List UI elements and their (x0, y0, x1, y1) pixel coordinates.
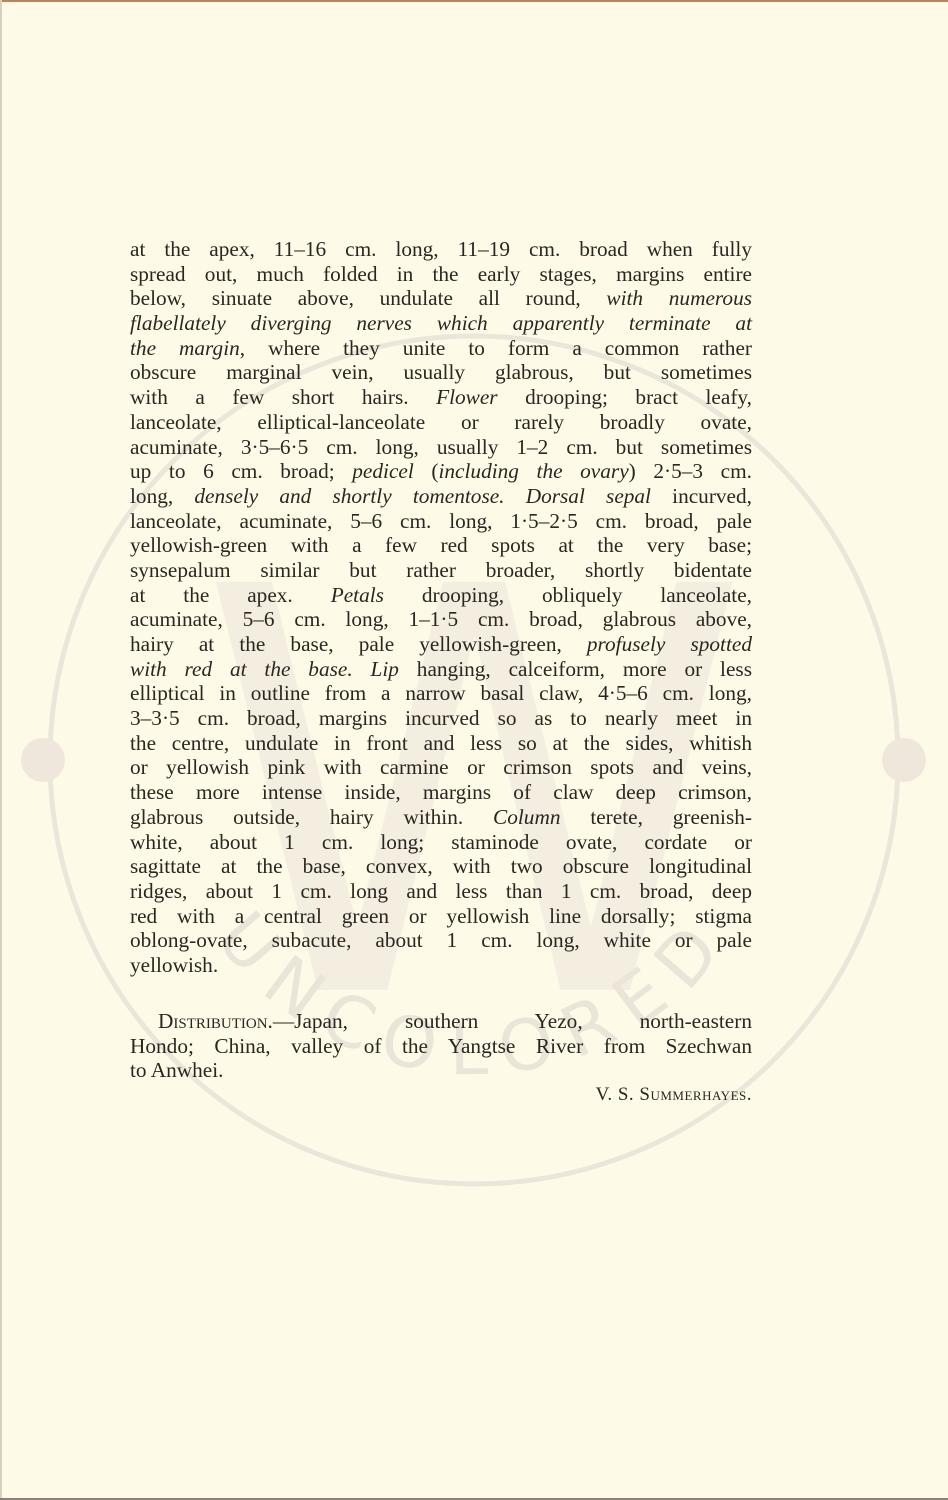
distribution-line: Hondo; China, valley of the Yangtse Rive… (130, 1034, 752, 1059)
description-line: white, about 1 cm. long; staminode ovate… (130, 830, 752, 855)
description-line: at the apex, 11–16 cm. long, 11–19 cm. b… (130, 237, 752, 262)
text-run: at the apex. (130, 583, 331, 607)
description-line: these more intense inside, margins of cl… (130, 780, 752, 805)
text-run: ( (414, 459, 439, 483)
description-line: lanceolate, acuminate, 5–6 cm. long, 1·5… (130, 509, 752, 534)
description-line: at the apex. Petals drooping, obliquely … (130, 583, 752, 608)
description-line: lanceolate, elliptical-lanceolate or rar… (130, 410, 752, 435)
watermark-dot-left (21, 738, 65, 782)
page-edge-top (0, 0, 948, 2)
italic-term: Column (493, 805, 560, 829)
description-line: obscure marginal vein, usually glabrous,… (130, 360, 752, 385)
description-line: or yellowish pink with carmine or crimso… (130, 755, 752, 780)
text-run: spread out, much folded in the early sta… (130, 262, 752, 286)
description-line: the centre, undulate in front and less s… (130, 731, 752, 756)
description-line: with red at the base. Lip hanging, calce… (130, 657, 752, 682)
text-run: synsepalum similar but rather broader, s… (130, 558, 752, 582)
text-run: ) 2·5–3 cm. (629, 459, 752, 483)
text-run: , where they unite to form a common rath… (240, 336, 752, 360)
description-line: glabrous outside, hairy within. Column t… (130, 805, 752, 830)
description-line: hairy at the base, pale yellowish-green,… (130, 632, 752, 657)
text-run: hanging, calceiform, more or less (399, 657, 752, 681)
text-run: long, (130, 484, 194, 508)
distribution-heading: Distribution. (158, 1009, 273, 1033)
description-line: with a few short hairs. Flower drooping;… (130, 385, 752, 410)
description-line: acuminate, 3·5–6·5 cm. long, usually 1–2… (130, 435, 752, 460)
description-line: below, sinuate above, undulate all round… (130, 286, 752, 311)
italic-term: with numerous (606, 286, 752, 310)
text-run: sagittate at the base, convex, with two … (130, 854, 752, 878)
text-run: incurved, (651, 484, 752, 508)
description-line: red with a central green or yellowish li… (130, 904, 752, 929)
description-line: up to 6 cm. broad; pedicel (including th… (130, 459, 752, 484)
text-run: these more intense inside, margins of cl… (130, 780, 752, 804)
description-line: the margin, where they unite to form a c… (130, 336, 752, 361)
description-line: synsepalum similar but rather broader, s… (130, 558, 752, 583)
text-run: lanceolate, acuminate, 5–6 cm. long, 1·5… (130, 509, 752, 533)
watermark-dot-right (882, 738, 926, 782)
italic-term: densely and shortly tomentose. (194, 484, 504, 508)
text-run: obscure marginal vein, usually glabrous,… (130, 360, 752, 384)
italic-term: pedicel (352, 459, 414, 483)
text-run: acuminate, 3·5–6·5 cm. long, usually 1–2… (130, 435, 752, 459)
italic-term: Flower (436, 385, 498, 409)
description-line: 3–3·5 cm. broad, margins incurved so as … (130, 706, 752, 731)
italic-term: Petals (331, 583, 384, 607)
italic-term: the margin (130, 336, 240, 360)
text-run: yellowish. (130, 953, 218, 977)
text-run: yellowish-green with a few red spots at … (130, 533, 752, 557)
text-run: ridges, about 1 cm. long and less than 1… (130, 879, 752, 903)
distribution-line: Distribution.—Japan, southern Yezo, nort… (130, 1009, 752, 1034)
text-run (353, 657, 371, 681)
text-run: red with a central green or yellowish li… (130, 904, 752, 928)
description-line: long, densely and shortly tomentose. Dor… (130, 484, 752, 509)
text-run: up to 6 cm. broad; (130, 459, 352, 483)
description-line: oblong-ovate, subacute, about 1 cm. long… (130, 928, 752, 953)
italic-term: flabellately diverging nerves which appa… (130, 311, 752, 335)
distribution-paragraph: Distribution.—Japan, southern Yezo, nort… (130, 1009, 752, 1083)
text-run: oblong-ovate, subacute, about 1 cm. long… (130, 928, 752, 952)
description-line: elliptical in outline from a narrow basa… (130, 681, 752, 706)
italic-term: Dorsal sepal (526, 484, 651, 508)
description-line: flabellately diverging nerves which appa… (130, 311, 752, 336)
text-run: or yellowish pink with carmine or crimso… (130, 755, 752, 779)
text-run: acuminate, 5–6 cm. long, 1–1·5 cm. broad… (130, 607, 752, 631)
italic-term: Lip (371, 657, 399, 681)
distribution-text: —Japan, southern Yezo, north-eastern (273, 1009, 752, 1033)
distribution-line: to Anwhei. (130, 1058, 752, 1083)
text-run: drooping; bract leafy, (498, 385, 752, 409)
text-run (505, 484, 526, 508)
text-run: the centre, undulate in front and less s… (130, 731, 752, 755)
italic-term: with red at the base. (130, 657, 353, 681)
description-line: yellowish. (130, 953, 752, 978)
text-run: terete, greenish- (560, 805, 752, 829)
text-run: white, about 1 cm. long; staminode ovate… (130, 830, 752, 854)
text-run: 3–3·5 cm. broad, margins incurved so as … (130, 706, 752, 730)
italic-term: profusely spotted (587, 632, 752, 656)
text-run: glabrous outside, hairy within. (130, 805, 493, 829)
text-run: elliptical in outline from a narrow basa… (130, 681, 752, 705)
text-run: below, sinuate above, undulate all round… (130, 286, 606, 310)
text-run: with a few short hairs. (130, 385, 436, 409)
description-line: sagittate at the base, convex, with two … (130, 854, 752, 879)
description-line: yellowish-green with a few red spots at … (130, 533, 752, 558)
text-run: lanceolate, elliptical-lanceolate or rar… (130, 410, 752, 434)
description-line: acuminate, 5–6 cm. long, 1–1·5 cm. broad… (130, 607, 752, 632)
page-edge-left (0, 0, 2, 1500)
description-line: ridges, about 1 cm. long and less than 1… (130, 879, 752, 904)
text-run: hairy at the base, pale yellowish-green, (130, 632, 587, 656)
author-signature: V. S. Summerhayes. (596, 1083, 752, 1107)
text-run: drooping, obliquely lanceolate, (384, 583, 752, 607)
italic-term: including the ovary (438, 459, 628, 483)
description-line: spread out, much folded in the early sta… (130, 262, 752, 287)
species-description: at the apex, 11–16 cm. long, 11–19 cm. b… (130, 237, 752, 978)
text-run: at the apex, 11–16 cm. long, 11–19 cm. b… (130, 237, 752, 261)
